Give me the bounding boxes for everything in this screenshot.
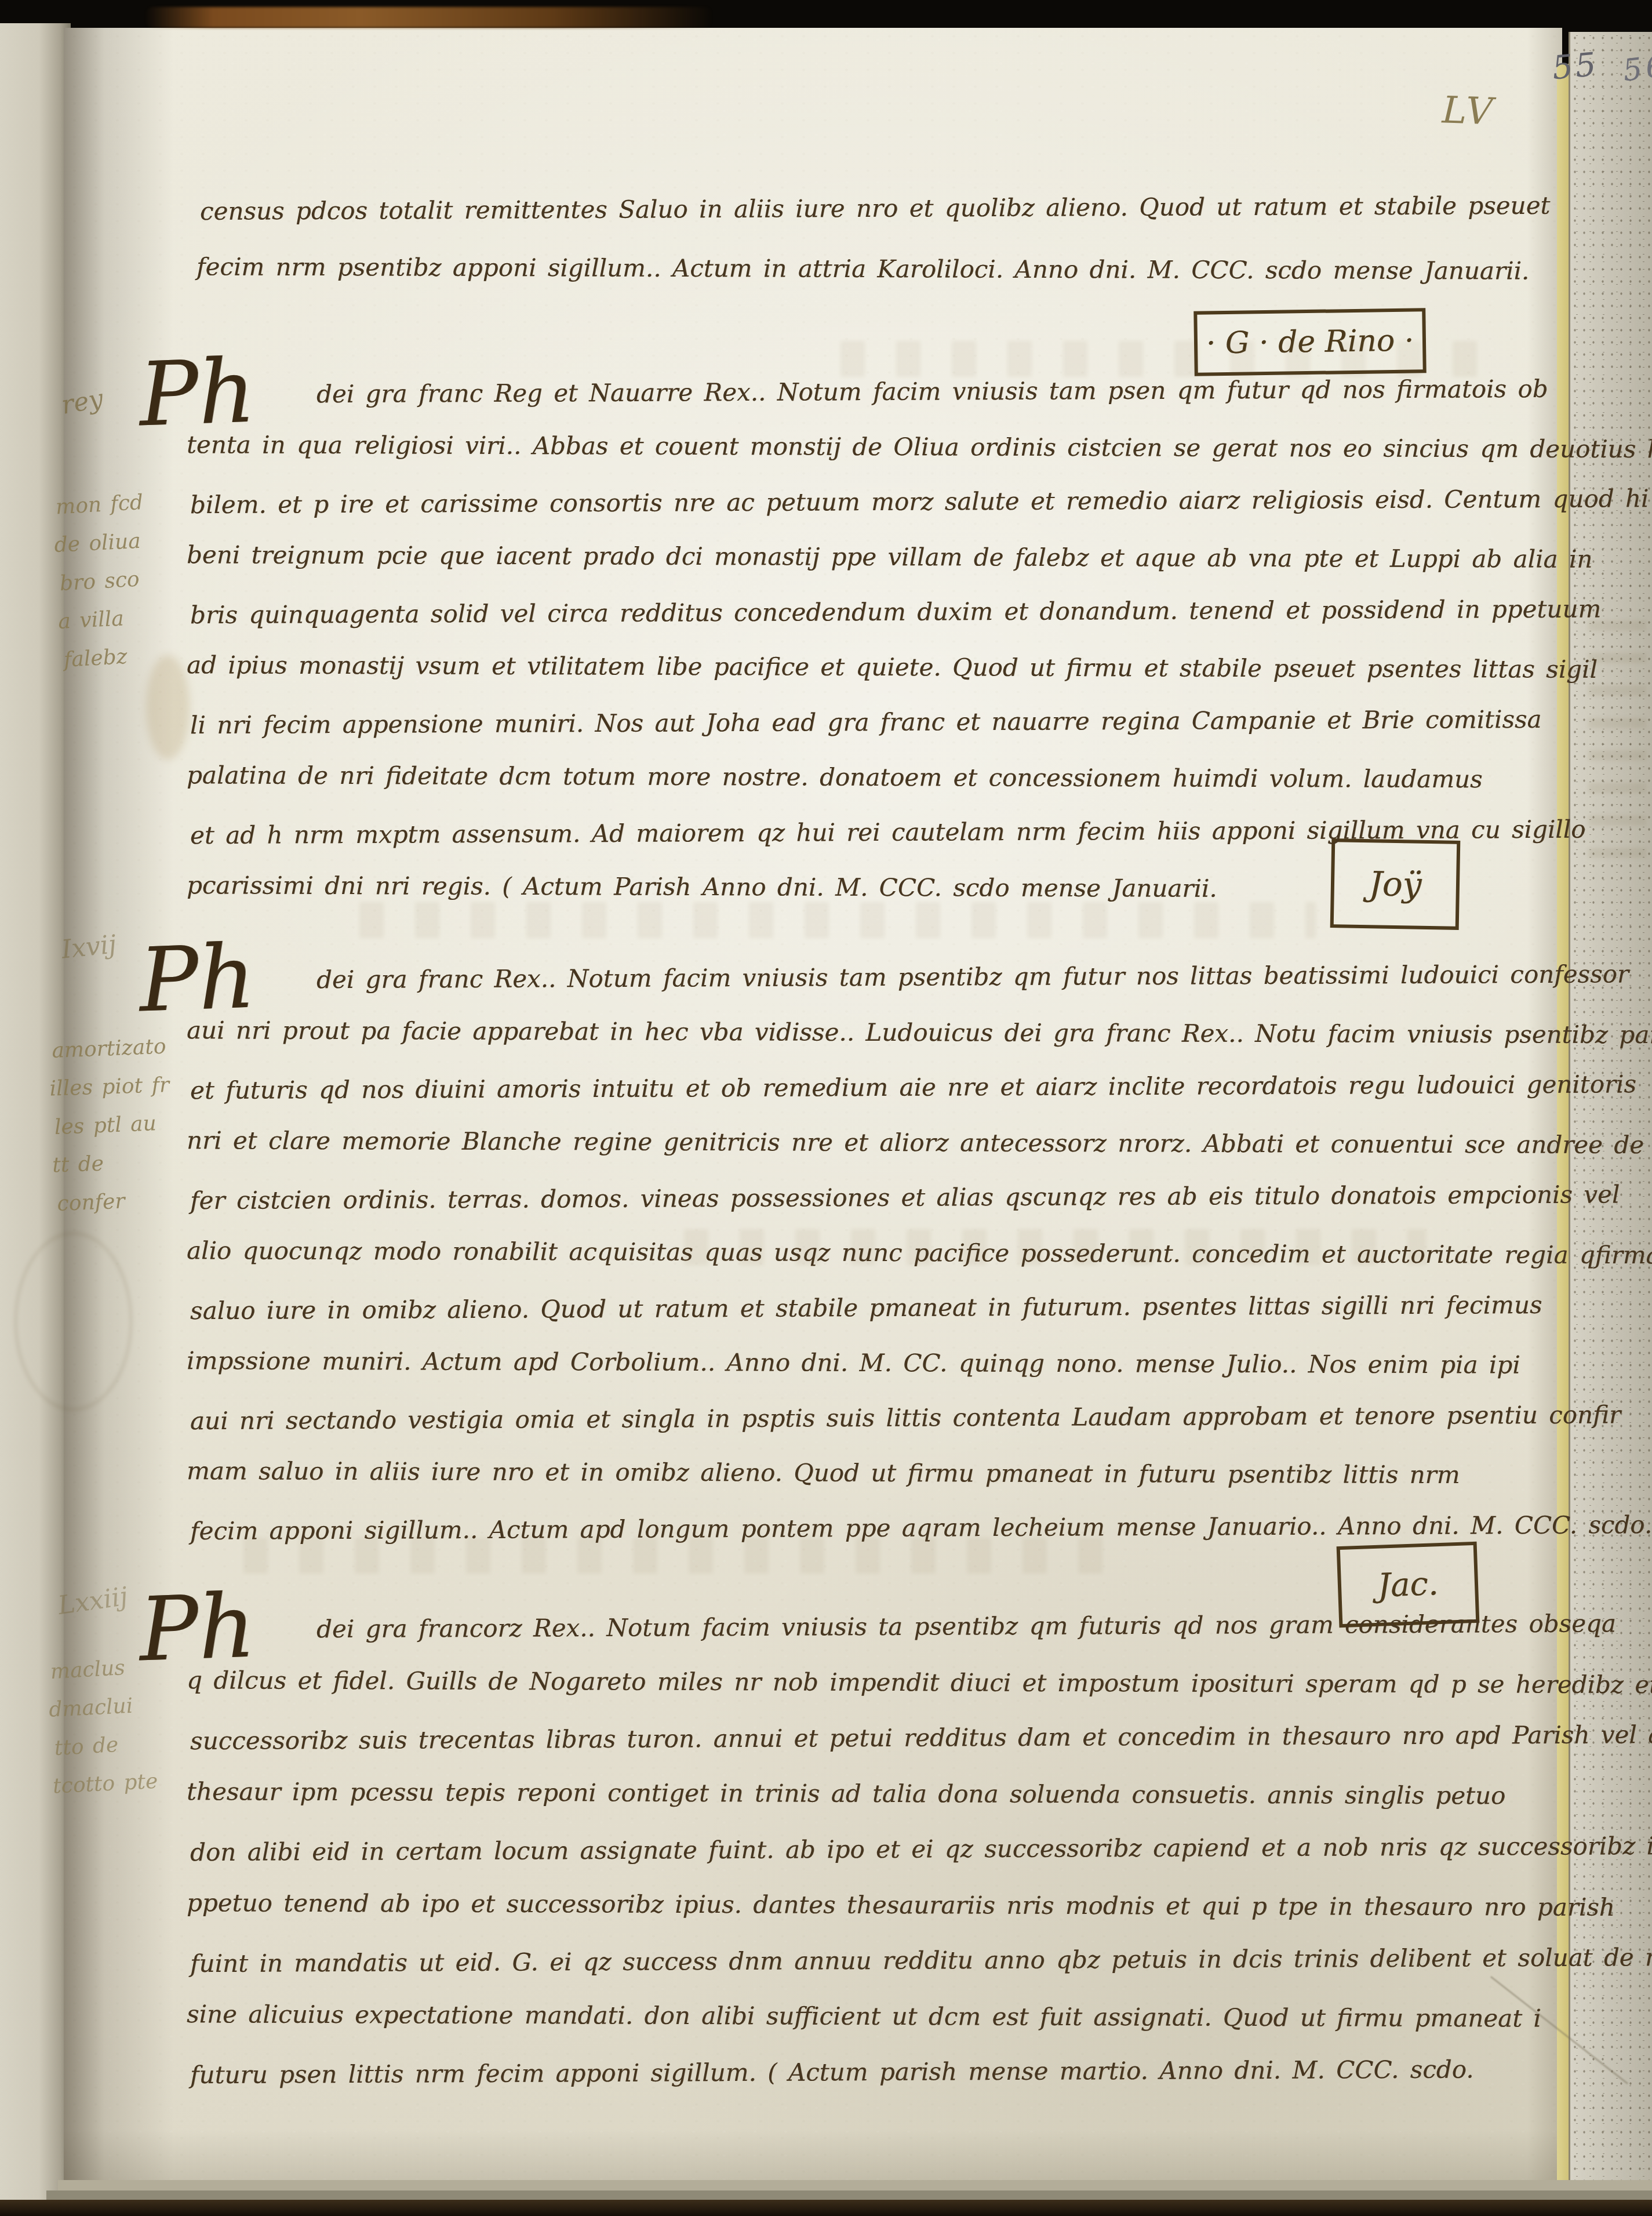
charter-paragraph-3: Ph dei gra francorz Rex.. Notum facim vn…: [190, 1599, 1558, 2100]
ms-line: census pdcos totalit remittentes Saluo i…: [200, 176, 1504, 242]
page-stack-edge-1: [58, 2180, 1652, 2192]
margin-number-1: Ixvij: [60, 929, 118, 965]
ms-line: dmaclui: [48, 1686, 155, 1730]
ms-line: tcotto pte: [52, 1763, 159, 1806]
folio-number-pencil: 55: [1551, 46, 1600, 88]
ms-line: et ad h nrm mxptm assensum. Ad maiorem q…: [190, 802, 1558, 863]
ms-line: dei gra franc Rex.. Notum facim vniusis …: [190, 947, 1558, 1008]
ms-line: impssione muniri. Actum apd Corbolium.. …: [187, 1333, 1555, 1392]
charter-1-lines: dei gra franc Reg et Nauarre Rex.. Notum…: [190, 364, 1558, 915]
ms-line: nri et clare memorie Blanche regine geni…: [187, 1113, 1555, 1172]
ms-line: sine alicuius expectatione mandati. don …: [187, 1986, 1555, 2046]
ms-line: ppetuo tenend ab ipo et successoribz ipi…: [187, 1875, 1555, 1935]
binding-rust: [145, 7, 713, 28]
ms-line: successoribz suis trecentas libras turon…: [190, 1708, 1558, 1769]
ms-line: illes piot fr: [49, 1066, 170, 1109]
ms-line: pcarissimi dni nri regis. ( Actum Parish…: [187, 858, 1555, 917]
ms-line: fecim apponi sigillum.. Actum apd longum…: [190, 1498, 1558, 1559]
charter-fragment-end: census pdcos totalit remittentes Saluo i…: [200, 179, 1504, 299]
ms-line: fecim nrm psentibz apponi sigillum.. Act…: [197, 237, 1501, 301]
charter-3-lines: dei gra francorz Rex.. Notum facim vnius…: [190, 1599, 1558, 2100]
manuscript-photo: 55 LV 56 census pdcos totalit remittente…: [0, 0, 1652, 2216]
ms-line: de oliua: [53, 522, 143, 565]
ms-line: et futuris qd nos diuini amoris intuitu …: [190, 1057, 1558, 1118]
charter-paragraph-2: Ph dei gra franc Rex.. Notum facim vnius…: [190, 950, 1558, 1556]
ms-line: fer cistcien ordinis. terras. domos. vin…: [190, 1167, 1558, 1228]
ms-line: mon fcd: [54, 484, 144, 526]
page-edge: [1557, 64, 1570, 2183]
ms-line: fuint in mandatis ut eid. G. ei qz succe…: [190, 1930, 1558, 1992]
ms-line: dei gra franc Reg et Nauarre Rex.. Notum…: [190, 361, 1558, 422]
ms-line: li nri fecim appensione muniri. Nos aut …: [190, 692, 1558, 753]
stain: [146, 655, 190, 760]
fore-edge-pages: [1569, 32, 1652, 2203]
ms-line: les ptl au: [54, 1104, 175, 1147]
ms-line: aui nri sectando vestigia omia et singla…: [190, 1387, 1558, 1448]
margin-note-2: amortizatoilles piot frles ptl autt deco…: [51, 1027, 177, 1223]
ms-line: thesaur ipm pcessu tepis reponi contiget…: [187, 1764, 1555, 1823]
ms-line: confer: [56, 1180, 177, 1223]
ms-line: mam saluo in aliis iure nro et in omibz …: [187, 1443, 1555, 1502]
next-folio-number-partial: 56: [1621, 48, 1652, 88]
ms-line: ad ipius monastij vsum et vtilitatem lib…: [187, 637, 1555, 696]
ms-line: futuru psen littis nrm fecim apponi sigi…: [190, 2041, 1558, 2103]
ms-line: tt de: [52, 1143, 172, 1185]
ms-line: dei gra francorz Rex.. Notum facim vnius…: [190, 1596, 1558, 1658]
ms-line: saluo iure in omibz alieno. Quod ut ratu…: [190, 1277, 1558, 1338]
ms-line: aui nri prout pa facie apparebat in hec …: [187, 1002, 1555, 1062]
charter-paragraph-1: Ph dei gra franc Reg et Nauarre Rex.. No…: [190, 364, 1558, 915]
bleed-through: [1588, 615, 1646, 858]
ms-line: bilem. et p ire et carissime consortis n…: [190, 471, 1558, 532]
ms-line: bro sco: [59, 560, 148, 603]
stain-ring: [14, 1232, 132, 1411]
ms-line: maclus: [49, 1647, 157, 1691]
ms-line: don alibi eid in certam locum assignate …: [190, 1819, 1558, 1880]
ms-line: falebz: [63, 637, 152, 680]
margin-note-3: maclusdmacluitto detcotto pte: [49, 1647, 162, 1806]
margin-note-1: mon fcdde oliuabro scoa villafalebz: [54, 484, 152, 679]
folio-number-ink: LV: [1442, 89, 1497, 133]
charter-2-lines: dei gra franc Rex.. Notum facim vniusis …: [190, 950, 1558, 1556]
ms-line: palatina de nri fideitate dcm totum more…: [187, 747, 1555, 807]
ms-line: alio quocunqz modo ronabilit acquisitas …: [187, 1223, 1555, 1282]
binding-bottom: [0, 2200, 1652, 2216]
ms-line: tenta in qua religiosi viri.. Abbas et c…: [187, 417, 1555, 476]
ms-line: tto de: [53, 1724, 161, 1768]
ms-line: amortizato: [51, 1027, 172, 1070]
ms-line: bris quinquagenta solid vel circa reddit…: [190, 582, 1558, 642]
ms-line: beni treignum pcie que iacent prado dci …: [187, 527, 1555, 586]
ms-line: q dilcus et fidel. Guills de Nogareto mi…: [187, 1652, 1555, 1712]
ms-line: a villa: [57, 599, 147, 641]
